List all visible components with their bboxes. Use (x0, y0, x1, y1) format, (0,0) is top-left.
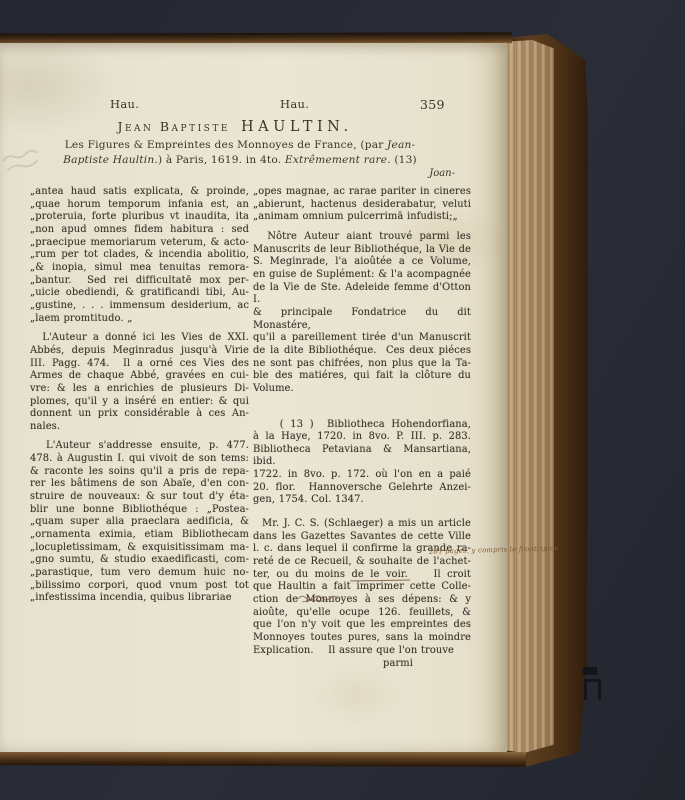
text-line: „opes magnae, ac rarae pariter in cinere… (253, 186, 471, 199)
book-bottom-edge (0, 750, 526, 767)
text-line: ne sont pas chifrées, non plus que la Ta… (253, 358, 471, 371)
text-line: de la Vie de Ste. Adeleide femme d'Otton… (253, 282, 471, 307)
text-line: 20. flor. Hannoversche Gelehrte Anzei- (253, 482, 471, 495)
text-line: rer les bâtimens de son Abaïe, d'en con- (30, 478, 249, 491)
paragraph: ( 13 ) Bibliotheca Hohendorfiana,à la Ha… (253, 419, 471, 508)
text-line: blir une bonne Bibliothéque : „Postea- (30, 504, 249, 517)
paragraph: L'Auteur a donné ici les Vies de XXI.Abb… (30, 332, 249, 433)
paragraph: L'Auteur s'addresse ensuite, p. 477.478.… (30, 440, 249, 605)
text-line: „ornamenta eximia, etiam Bibliothecam (30, 529, 249, 542)
entry-roman-text: (13) (391, 154, 417, 166)
text-line: qu'il a pareillement tirée d'un Manuscri… (253, 332, 471, 345)
text-line: L'Auteur a donné ici les Vies de XXI. (30, 332, 249, 345)
title-given-names: Jean Baptiste (117, 119, 229, 134)
text-line: vre: & les a enrichies de plusieurs Di- (30, 383, 249, 396)
text-line: & principale Fondatrice du dit Monastére… (253, 307, 471, 332)
text-line: „& inopia, simul mea tenuitas remora- (30, 262, 249, 275)
text-line: „proteruia, forte pluribus vt inaudita, … (30, 211, 249, 224)
text-line: Explication. Il assure que l'on trouve (253, 645, 471, 658)
text-line: nales. (30, 421, 249, 434)
scan-background: Hau. Hau. 359 Jean Baptiste HAULTIN. Les… (0, 0, 685, 800)
bibliographic-entry-line1: Les Figures & Empreintes des Monnoyes de… (6, 139, 474, 151)
text-line: „infestissima incendia, quibus librariae (30, 592, 249, 605)
text-line: Nôtre Auteur aiant trouvé parmi les (253, 231, 471, 244)
registration-mark-bar (583, 667, 597, 675)
registration-mark (583, 667, 598, 699)
paragraph: „opes magnae, ac rarae pariter in cinere… (253, 186, 471, 224)
running-title-left: Hau. (110, 97, 139, 111)
entry-roman-text: Les Figures & Empreintes des Monnoyes de… (65, 139, 387, 151)
book-fore-edge (500, 40, 554, 753)
text-line: gen, 1754. Col. 1347. (253, 494, 471, 507)
text-line: ble des matiéres, qui fait la clôture du (253, 370, 471, 383)
text-line: Mr. J. C. S. (Schlaeger) a mis un articl… (253, 518, 471, 531)
text-line: & raconte les soins qu'il a pris de repa… (30, 466, 249, 479)
entry-italic-text: Extrêmement rare. (285, 154, 391, 166)
catchword-top: Joan- (0, 168, 455, 179)
text-line: Bibliotheca Petaviana & Mansartiana, ibi… (253, 444, 471, 469)
page-number: 359 (420, 97, 445, 112)
text-line: de la dite Bibliothéque. Ces deux piéces (253, 345, 471, 358)
text-line: „uicie obediendi, & gratificandi tibi, A… (30, 287, 249, 300)
text-line: L'Auteur s'addresse ensuite, p. 477. (30, 440, 249, 453)
text-line: Abbés, depuis Meginradus jusqu'à Virie (30, 345, 249, 358)
text-line: „praecipue memoriarum veterum, & acto- (30, 237, 249, 250)
text-line: „gustine, . . . immensum desiderium, ac (30, 300, 249, 313)
text-line: „rum per tot clades, & incendia abolitio… (30, 249, 249, 262)
text-line: struire de nouveaux: & sur tout d'y éta- (30, 491, 249, 504)
entry-italic-text: Baptiste Haultin. (63, 154, 158, 166)
bibliographic-entry-line2: Baptiste Haultin.) à Paris, 1619. in 4to… (6, 154, 474, 166)
text-line: „quam super alia praeclara aedificia, & (30, 516, 249, 529)
text-line: plomes, qu'il y a inséré en entier: & qu… (30, 396, 249, 409)
running-title-right: Hau. (280, 97, 309, 111)
text-line: 478. à Augustin I. qui vivoit de son tem… (30, 453, 249, 466)
text-column-right: „opes magnae, ac rarae pariter in cinere… (253, 186, 471, 671)
paragraph: „antea haud satis explicata, & proinde,„… (30, 186, 249, 325)
text-line: à la Haye, 1720. in 8vo. P. III. p. 283. (253, 431, 471, 444)
text-line: dans les Gazettes Savantes de cette Vill… (253, 531, 471, 544)
text-line: „quae horum temporum infania est, an (30, 199, 249, 212)
text-line: reté de ce Recueil, & souhaite de l'ache… (253, 556, 471, 569)
article-title: Jean Baptiste HAULTIN. (0, 116, 470, 135)
paragraph: Mr. J. C. S. (Schlaeger) a mis un articl… (253, 518, 471, 657)
text-column-left: „antea haud satis explicata, & proinde,„… (30, 186, 249, 605)
registration-mark-bracket (584, 679, 601, 700)
text-line: ction de Monnoyes à ses dépens: & y (253, 594, 471, 607)
entry-italic-text: Jean- (387, 139, 415, 151)
text-line: aioûte, qu'elle ocupe 126. feuillets, & (253, 607, 471, 620)
paragraph: Nôtre Auteur aiant trouvé parmi lesManus… (253, 231, 471, 396)
text-line: III. Pagg. 474. Il a orné ces Vies des (30, 358, 249, 371)
text-line: „gno sumtu, & studio exaedificasti, com- (30, 554, 249, 567)
text-line: „bilissimo corpori, quod vnum post tot (30, 580, 249, 593)
text-line: que Haultin a fait imprimer cette Colle- (253, 581, 471, 594)
entry-roman-text: ) à Paris, 1619. in 4to. (158, 154, 285, 166)
text-line: „parastique, tum vero demum huic no- (30, 567, 249, 580)
text-line: ( 13 ) Bibliotheca Hohendorfiana, (253, 419, 471, 432)
text-line: „bantur. Sed rei difficultatē mox per- (30, 275, 249, 288)
text-line: donnent un prix considérable à ces An- (30, 408, 249, 421)
interlinear-annotation (296, 588, 344, 607)
text-line: Monnoyes toutes pures, sans la moindre (253, 632, 471, 645)
title-surname: HAULTIN. (241, 119, 353, 135)
catchword-bottom: parmi (253, 658, 471, 671)
text-line: Manuscrits de leur Bibliothéque, la Vie … (253, 244, 471, 257)
text-line: Armes de chaque Abbé, gravées en cui- (30, 370, 249, 383)
text-line: 1722. in 8vo. p. 172. où l'on en a paié (253, 469, 471, 482)
text-line: S. Meginrade, l'a aioûtée a ce Volume, (253, 256, 471, 269)
text-line: „animam omnium pulcerrimā infudisti;„ (253, 211, 471, 224)
text-line: „laem promtitudo. „ (30, 313, 249, 326)
text-line: Volume. (253, 383, 471, 396)
running-header: Hau. Hau. 359 (0, 97, 480, 113)
text-line: „non apud omnes fidem habitura : sed (30, 224, 249, 237)
text-line: „locupletissimam, & exquisitissimam ma- (30, 542, 249, 555)
text-line: en guise de Suplément: & l'a acompagnée (253, 269, 471, 282)
text-line: „abierunt, hactenus desiderabatur, velut… (253, 199, 471, 212)
text-line: que l'on n'y voit que les empreintes des (253, 619, 471, 632)
text-line: „antea haud satis explicata, & proinde, (30, 186, 249, 199)
book-page: Hau. Hau. 359 Jean Baptiste HAULTIN. Les… (0, 43, 507, 752)
